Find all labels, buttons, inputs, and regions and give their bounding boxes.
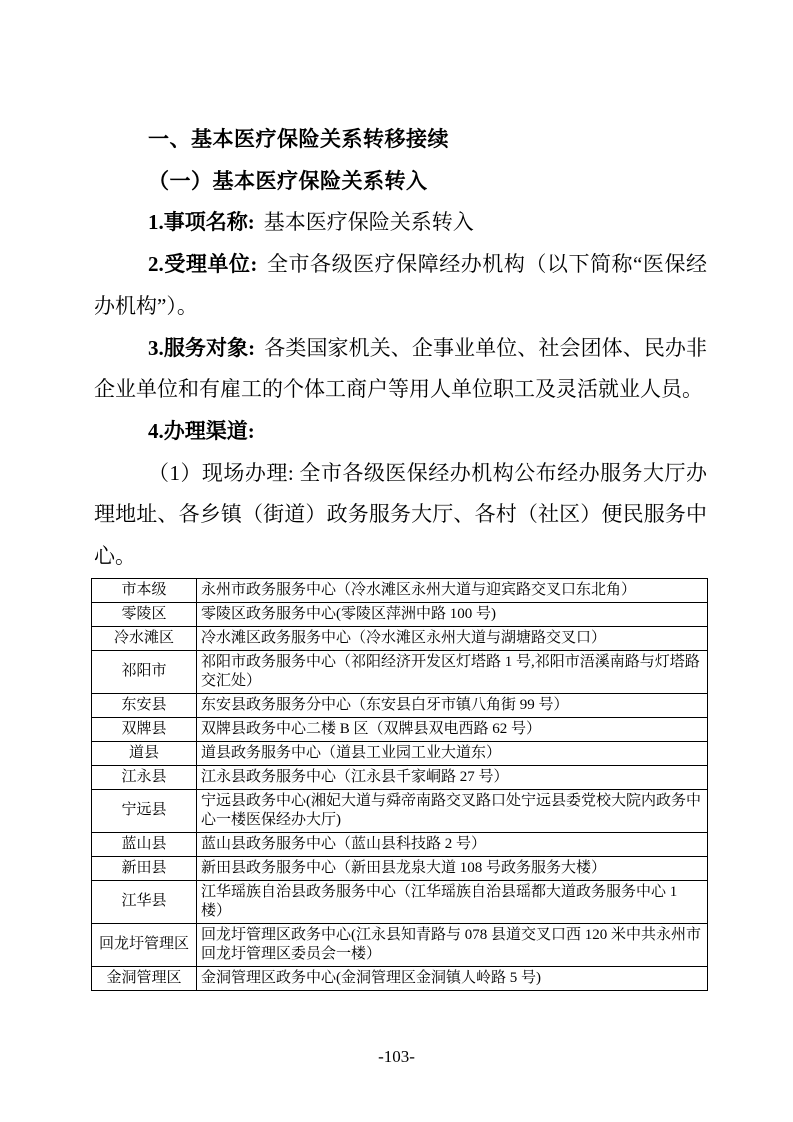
address-cell: 回龙圩管理区政务中心(江永县知青路与 078 县道交叉口西 120 米中共永州市… [197, 923, 708, 966]
channels-heading-label: 4.办理渠道: [148, 419, 255, 443]
region-cell: 双牌县 [92, 717, 197, 741]
table-row: 零陵区 零陵区政务服务中心(零陵区萍洲中路 100 号) [92, 602, 708, 626]
address-cell: 江华瑶族自治县政务服务中心（江华瑶族自治县瑶都大道政务服务中心 1 楼） [197, 880, 708, 923]
table-row: 蓝山县 蓝山县政务服务中心（蓝山县科技路 2 号） [92, 832, 708, 856]
region-cell: 冷水滩区 [92, 626, 197, 650]
address-cell: 蓝山县政务服务中心（蓝山县科技路 2 号） [197, 832, 708, 856]
table-row: 东安县 东安县政务服务分中心（东安县白牙市镇八角街 99 号） [92, 693, 708, 717]
address-cell: 永州市政务服务中心（冷水滩区永州大道与迎宾路交叉口东北角） [197, 578, 708, 602]
region-cell: 东安县 [92, 693, 197, 717]
region-cell: 道县 [92, 741, 197, 765]
item-name-text: 基本医疗保险关系转入 [264, 210, 474, 234]
region-cell: 市本级 [92, 578, 197, 602]
address-cell: 道县政务服务中心（道县工业园工业大道东） [197, 741, 708, 765]
address-cell: 金洞管理区政务中心(金洞管理区金洞镇人岭路 5 号) [197, 966, 708, 990]
document-page: 一、基本医疗保险关系转移接续 （一）基本医疗保险关系转入 1.事项名称:基本医疗… [0, 0, 793, 1122]
table-row: 冷水滩区 冷水滩区政务服务中心（冷水滩区永州大道与湖塘路交叉口） [92, 626, 708, 650]
table-row: 金洞管理区 金洞管理区政务中心(金洞管理区金洞镇人岭路 5 号) [92, 966, 708, 990]
region-cell: 祁阳市 [92, 650, 197, 693]
region-cell: 蓝山县 [92, 832, 197, 856]
table-row: 江永县 江永县政务服务中心（江永县千家峒路 27 号） [92, 765, 708, 789]
address-cell: 宁远县政务中心(湘妃大道与舜帝南路交叉路口处宁远县委党校大院内政务中心一楼医保经… [197, 789, 708, 832]
table-row: 宁远县 宁远县政务中心(湘妃大道与舜帝南路交叉路口处宁远县委党校大院内政务中心一… [92, 789, 708, 832]
region-cell: 江永县 [92, 765, 197, 789]
page-number: -103- [0, 1046, 793, 1068]
address-cell: 零陵区政务服务中心(零陵区萍洲中路 100 号) [197, 602, 708, 626]
accepting-unit-paragraph: 2.受理单位:全市各级医疗保障经办机构（以下简称“医保经办机构”）。 [94, 244, 707, 327]
document-content: 一、基本医疗保险关系转移接续 （一）基本医疗保险关系转入 1.事项名称:基本医疗… [94, 119, 707, 991]
table-row: 市本级 永州市政务服务中心（冷水滩区永州大道与迎宾路交叉口东北角） [92, 578, 708, 602]
region-cell: 宁远县 [92, 789, 197, 832]
service-centers-table: 市本级 永州市政务服务中心（冷水滩区永州大道与迎宾路交叉口东北角） 零陵区 零陵… [91, 578, 708, 991]
item-name-label: 1.事项名称: [148, 210, 255, 234]
table-row: 道县 道县政务服务中心（道县工业园工业大道东） [92, 741, 708, 765]
region-cell: 金洞管理区 [92, 966, 197, 990]
service-target-paragraph: 3.服务对象:各类国家机关、企事业单位、社会团体、民办非企业单位和有雇工的个体工… [94, 328, 707, 411]
address-cell: 东安县政务服务分中心（东安县白牙市镇八角街 99 号） [197, 693, 708, 717]
region-cell: 江华县 [92, 880, 197, 923]
address-cell: 双牌县政务中心二楼 B 区（双牌县双电西路 62 号） [197, 717, 708, 741]
item-name-paragraph: 1.事项名称:基本医疗保险关系转入 [94, 202, 707, 244]
address-cell: 新田县政务服务中心（新田县龙泉大道 108 号政务服务大楼） [197, 856, 708, 880]
onsite-channel-paragraph: （1）现场办理: 全市各级医保经办机构公布经办服务大厅办理地址、各乡镇（街道）政… [94, 453, 707, 578]
table-row: 江华县 江华瑶族自治县政务服务中心（江华瑶族自治县瑶都大道政务服务中心 1 楼） [92, 880, 708, 923]
table-row: 回龙圩管理区 回龙圩管理区政务中心(江永县知青路与 078 县道交叉口西 120… [92, 923, 708, 966]
channels-heading-paragraph: 4.办理渠道: [94, 411, 707, 453]
region-cell: 新田县 [92, 856, 197, 880]
address-cell: 冷水滩区政务服务中心（冷水滩区永州大道与湖塘路交叉口） [197, 626, 708, 650]
address-cell: 江永县政务服务中心（江永县千家峒路 27 号） [197, 765, 708, 789]
table-row: 新田县 新田县政务服务中心（新田县龙泉大道 108 号政务服务大楼） [92, 856, 708, 880]
region-cell: 零陵区 [92, 602, 197, 626]
address-cell: 祁阳市政务服务中心（祁阳经济开发区灯塔路 1 号,祁阳市浯溪南路与灯塔路交汇处） [197, 650, 708, 693]
region-cell: 回龙圩管理区 [92, 923, 197, 966]
service-target-label: 3.服务对象: [148, 336, 255, 360]
section-heading: 一、基本医疗保险关系转移接续 [94, 119, 707, 161]
accepting-unit-label: 2.受理单位: [148, 252, 257, 276]
table-row: 祁阳市 祁阳市政务服务中心（祁阳经济开发区灯塔路 1 号,祁阳市浯溪南路与灯塔路… [92, 650, 708, 693]
table-row: 双牌县 双牌县政务中心二楼 B 区（双牌县双电西路 62 号） [92, 717, 708, 741]
subsection-heading: （一）基本医疗保险关系转入 [94, 161, 707, 203]
